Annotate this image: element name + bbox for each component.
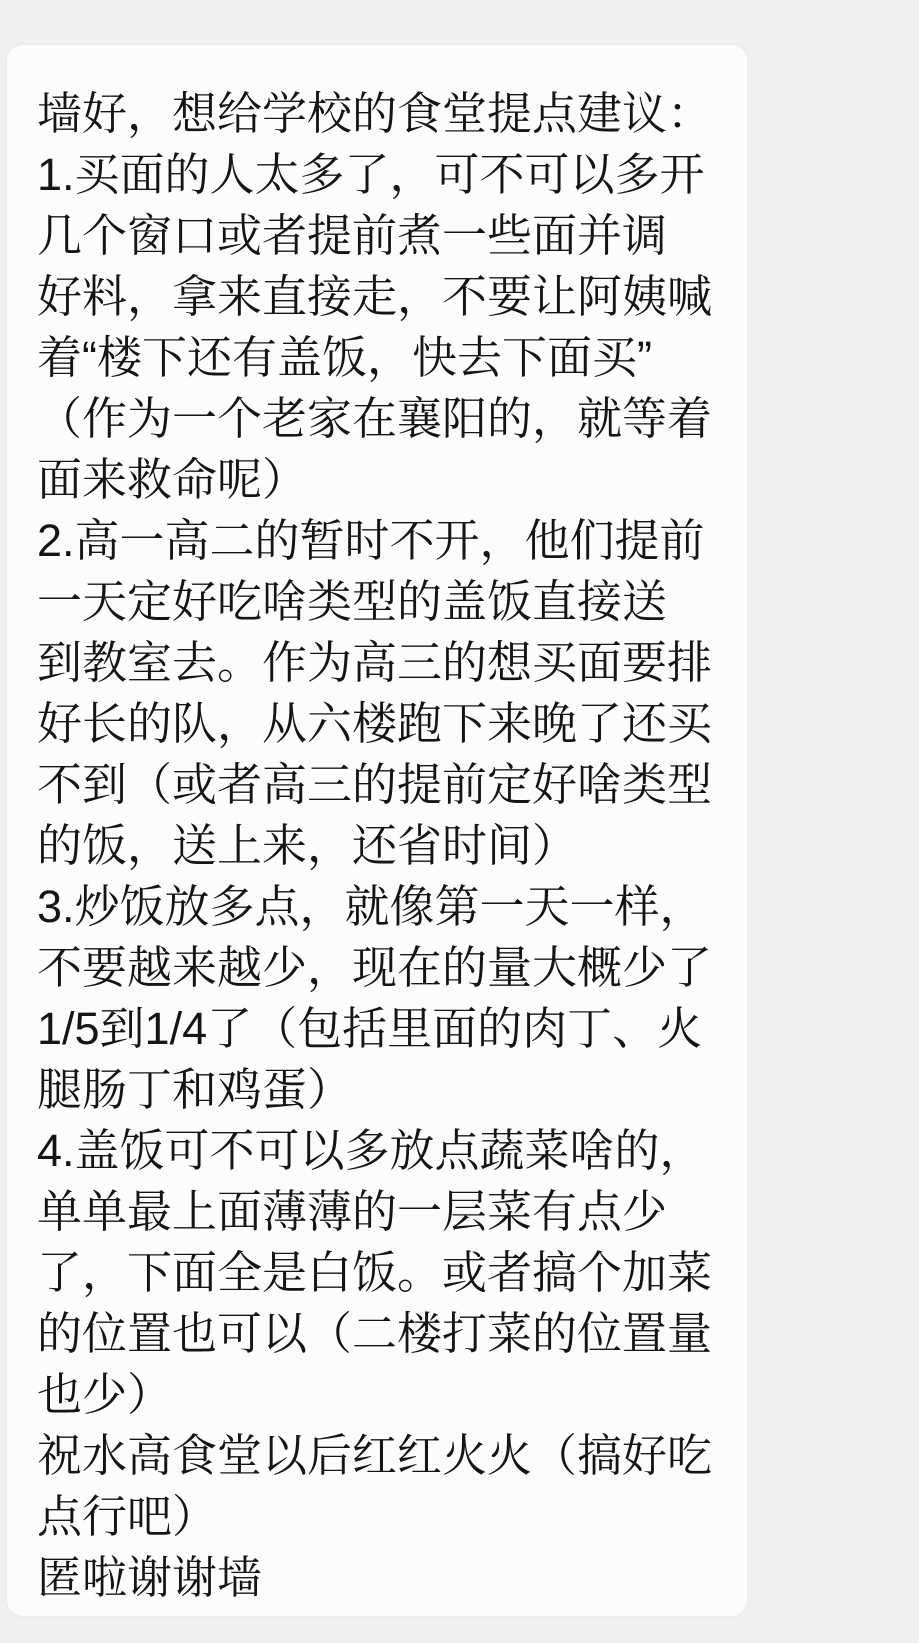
message-card: 墙好，想给学校的食堂提点建议： 1.买面的人太多了，可不可以多开 几个窗口或者提…: [7, 45, 747, 1616]
message-line: 不要越来越少，现在的量大概少了: [37, 937, 719, 998]
message-line: 2.高一高二的暂时不开，他们提前: [37, 510, 719, 571]
message-line: 的位置也可以（二楼打菜的位置量: [37, 1303, 719, 1364]
message-line: 几个窗口或者提前煮一些面并调: [37, 205, 719, 266]
message-line: 匿啦谢谢墙: [37, 1547, 719, 1608]
message-line: 面来救命呢）: [37, 449, 719, 510]
message-line: 点行吧）: [37, 1486, 719, 1547]
message-line: 的饭，送上来，还省时间）: [37, 815, 719, 876]
message-line: 墙好，想给学校的食堂提点建议：: [37, 83, 719, 144]
message-line: 腿肠丁和鸡蛋）: [37, 1059, 719, 1120]
message-line: 到教室去。作为高三的想买面要排: [37, 632, 719, 693]
message-line: 了，下面全是白饭。或者搞个加菜: [37, 1242, 719, 1303]
message-line: 1/5到1/4了（包括里面的肉丁、火: [37, 998, 719, 1059]
message-line: 单单最上面薄薄的一层菜有点少: [37, 1181, 719, 1242]
message-line: 一天定好吃啥类型的盖饭直接送: [37, 571, 719, 632]
message-line: 3.炒饭放多点，就像第一天一样，: [37, 876, 719, 937]
message-text: 墙好，想给学校的食堂提点建议： 1.买面的人太多了，可不可以多开 几个窗口或者提…: [37, 83, 719, 1608]
message-line: 不到（或者高三的提前定好啥类型: [37, 754, 719, 815]
message-line: 好料，拿来直接走，不要让阿姨喊: [37, 266, 719, 327]
message-line: 也少）: [37, 1364, 719, 1425]
message-line: 着“楼下还有盖饭，快去下面买”: [37, 327, 719, 388]
message-line: 祝水高食堂以后红红火火（搞好吃: [37, 1425, 719, 1486]
message-line: 好长的队，从六楼跑下来晚了还买: [37, 693, 719, 754]
message-line: 4.盖饭可不可以多放点蔬菜啥的，: [37, 1120, 719, 1181]
message-line: （作为一个老家在襄阳的，就等着: [37, 388, 719, 449]
message-line: 1.买面的人太多了，可不可以多开: [37, 144, 719, 205]
